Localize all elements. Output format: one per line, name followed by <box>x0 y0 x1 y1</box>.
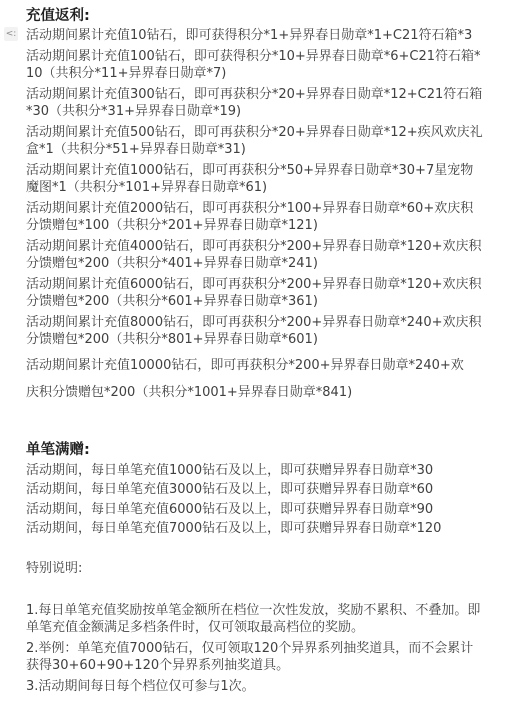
rebate-item: 活动期间累计充值500钻石，即可再获积分*20+异界春日勋章*12+疾风欢庆礼盒… <box>26 124 486 159</box>
rebate-item: 活动期间累计充值2000钻石，即可再获积分*100+异界春日勋章*60+欢庆积分… <box>26 200 486 235</box>
blank-line <box>26 578 486 602</box>
note-item: 1.每日单笔充值奖励按单笔金额所在档位一次性发放，奖励不累积、不叠加。即单笔充值… <box>26 602 486 637</box>
rebate-item: 活动期间累计充值8000钻石，即可再获积分*200+异界春日勋章*240+欢庆积… <box>26 314 486 349</box>
single-gift-item: 活动期间，每日单笔充值7000钻石及以上，即可获赠异界春日勋章*120 <box>26 519 486 539</box>
rebate-item: 活动期间累计充值6000钻石，即可再获积分*200+异界春日勋章*120+欢庆积… <box>26 276 486 311</box>
rebate-item-last-line1: 活动期间累计充值10000钻石，即可再获积分*200+异界春日勋章*240+欢 <box>26 352 486 379</box>
rebate-item: 活动期间累计充值1000钻石，即可再获积分*50+异界春日勋章*30+7星宠物魔… <box>26 162 486 197</box>
collapse-handle-icon[interactable]: <: <box>4 27 18 41</box>
notes-title: 特别说明: <box>26 559 486 578</box>
single-gift-item: 活动期间，每日单笔充值1000钻石及以上，即可获赠异界春日勋章*30 <box>26 461 486 481</box>
rebate-section-title: 充值返利: <box>26 5 486 27</box>
single-gift-item: 活动期间，每日单笔充值6000钻石及以上，即可获赠异界春日勋章*90 <box>26 500 486 520</box>
rebate-item: 活动期间累计充值10钻石，即可获得积分*1+异界春日勋章*1+C21符石箱*3 <box>26 27 486 45</box>
document-body: 充值返利: 活动期间累计充值10钻石，即可获得积分*1+异界春日勋章*1+C21… <box>26 0 486 698</box>
single-gift-section-title: 单笔满赠: <box>26 439 486 461</box>
rebate-item: 活动期间累计充值100钻石，即可获得积分*10+异界春日勋章*6+C21符石箱*… <box>26 48 486 83</box>
rebate-item: 活动期间累计充值4000钻石，即可再获积分*200+异界春日勋章*120+欢庆积… <box>26 238 486 273</box>
note-item: 2.举例：单笔充值7000钻石，仅可领取120个异界系列抽奖道具，而不会累计获得… <box>26 640 486 675</box>
rebate-item-last-line2: 庆积分馈赠包*200（共积分*1001+异界春日勋章*841) <box>26 379 486 406</box>
single-gift-item: 活动期间，每日单笔充值3000钻石及以上，即可获赠异界春日勋章*60 <box>26 480 486 500</box>
note-item: 3.活动期间每日每个档位仅可参与1次。 <box>26 678 486 696</box>
section-spacer <box>26 406 486 434</box>
rebate-item: 活动期间累计充值300钻石，即可再获积分*20+异界春日勋章*12+C21符石箱… <box>26 86 486 121</box>
